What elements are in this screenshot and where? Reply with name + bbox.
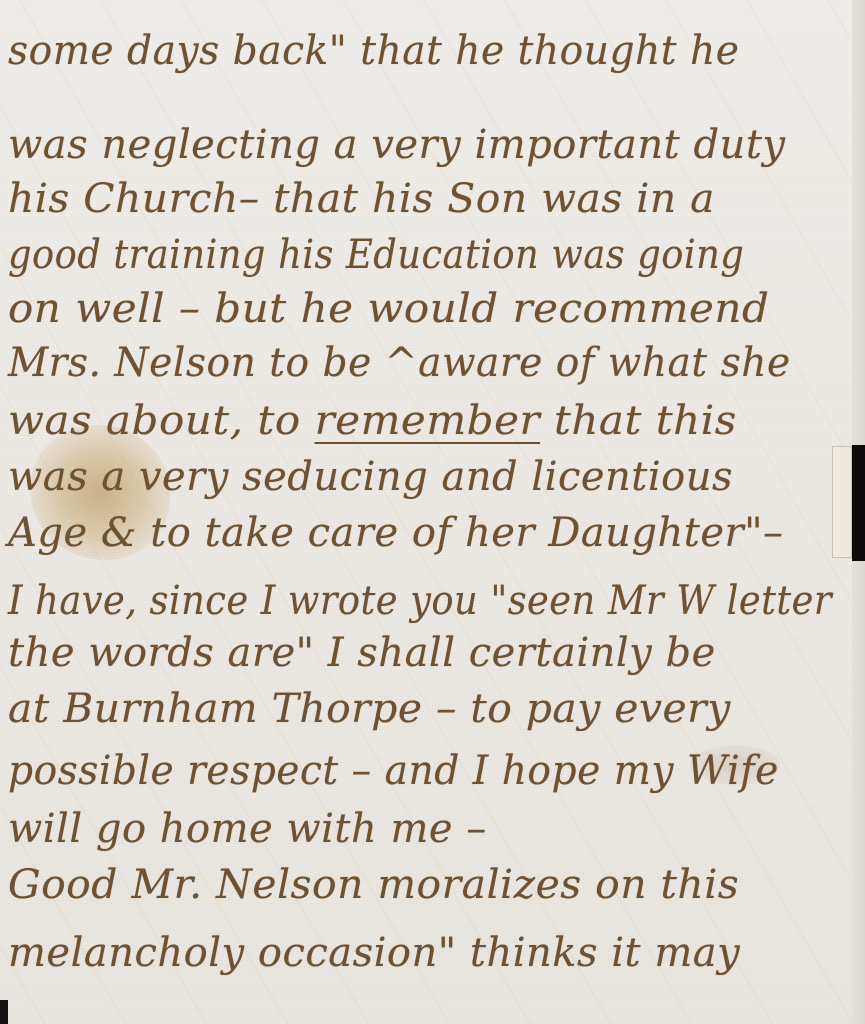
text-line-2: was neglecting a very important duty [8,122,786,168]
manuscript-page: some days back" that he thought he was n… [0,0,852,1024]
line-7-prefix: was about, to [8,398,315,444]
dark-background-gap [852,445,865,561]
underlined-word: remember [315,398,540,444]
text-line-7: was about, to remember that this [8,398,737,444]
text-line-13: possible respect – and I hope my Wife [8,748,779,794]
text-line-15: Good Mr. Nelson moralizes on this [8,862,739,908]
text-line-12: at Burnham Thorpe – to pay every [8,686,731,732]
text-line-4: good training his Education was going [8,232,744,278]
text-line-8: was a very seducing and licentious [8,454,733,500]
paper-tab-strip [832,446,852,558]
text-line-14: will go home with me – [8,806,487,852]
text-line-16: melancholy occasion" thinks it may [8,930,740,976]
text-line-10: I have, since I wrote you "seen Mr W let… [8,578,832,624]
text-line-6: Mrs. Nelson to be ^aware of what she [8,340,791,386]
text-line-3: his Church– that his Son was in a [8,176,715,222]
text-line-11: the words are" I shall certainly be [8,630,716,676]
text-line-5: on well – but he would recommend [8,286,769,332]
line-7-suffix: that this [540,398,737,444]
text-line-1: some days back" that he thought he [8,28,739,74]
text-line-9: Age & to take care of her Daughter"– [8,510,784,556]
dark-corner [0,1000,8,1024]
